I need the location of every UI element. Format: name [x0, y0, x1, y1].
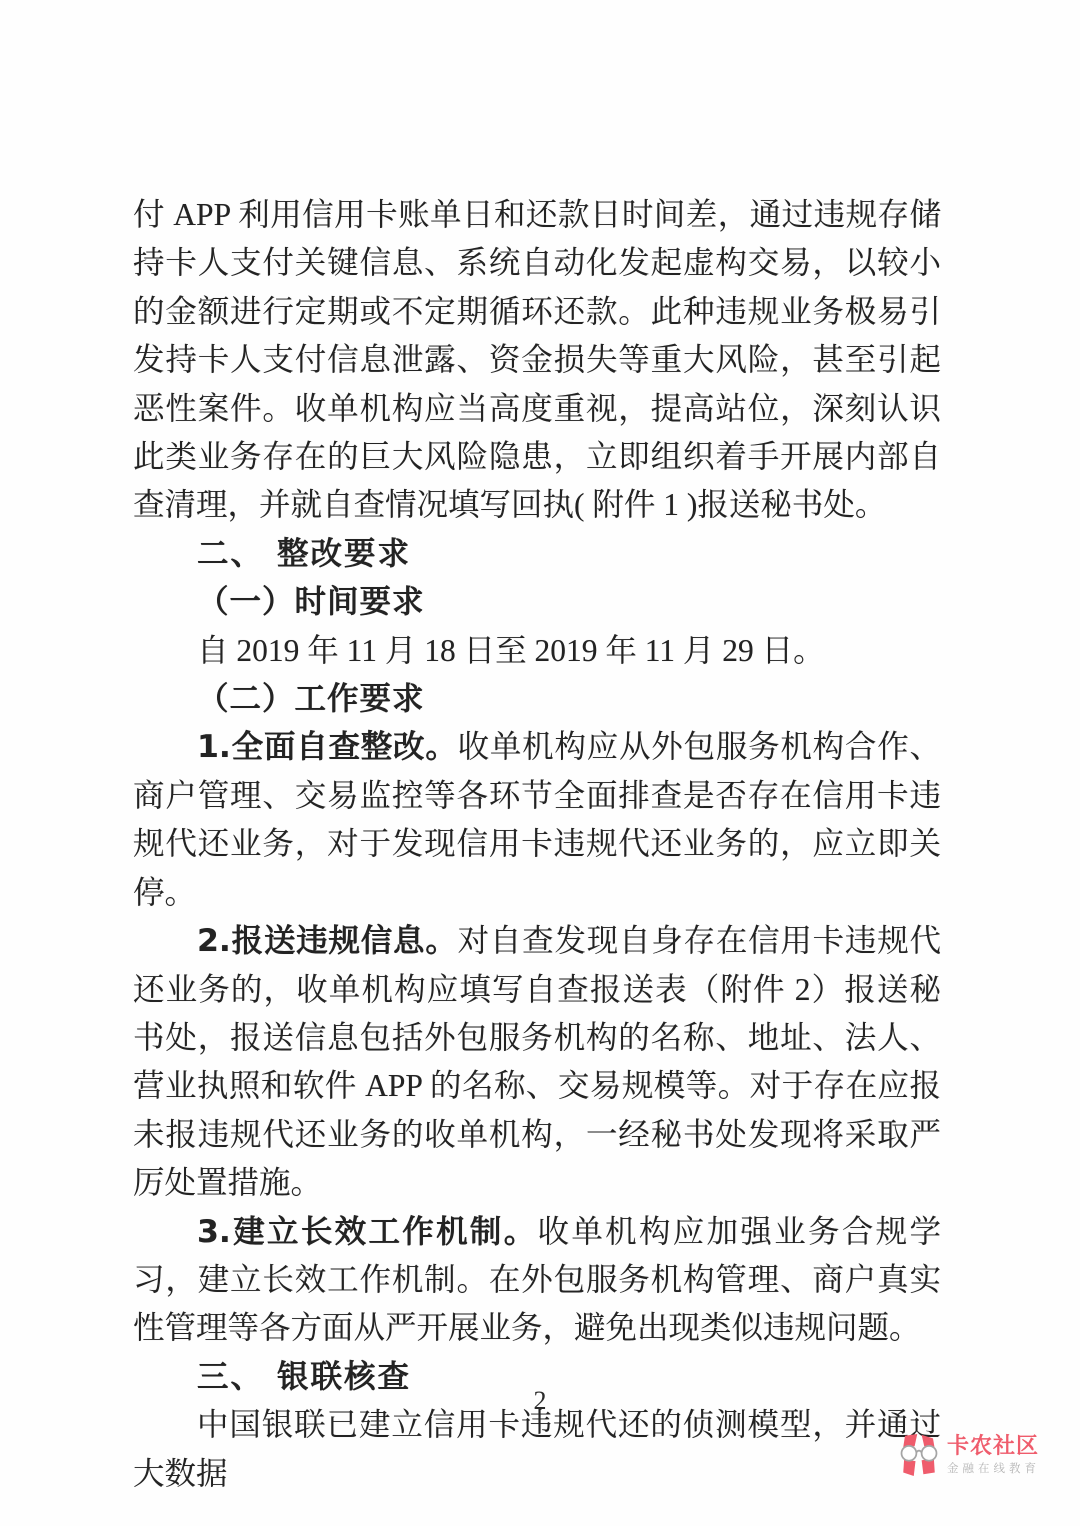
document-page: 付 APP 利用信用卡账单日和还款日时间差，通过违规存储持卡人支付关键信息、系统…: [0, 0, 1080, 1526]
watermark: 卡农社区 金融在线教育: [898, 1432, 1040, 1478]
paragraph-item-1: 1.全面自查整改。收单机构应从外包服务机构合作、商户管理、交易监控等各环节全面排…: [133, 723, 941, 917]
subsection-heading-work-requirement: （二）工作要求: [133, 675, 941, 723]
document-body: 付 APP 利用信用卡账单日和还款日时间差，通过违规存储持卡人支付关键信息、系统…: [133, 191, 941, 1498]
paragraph-item-2: 2.报送违规信息。对自查发现自身存在信用卡违规代还业务的，收单机构应填写自查报送…: [133, 917, 941, 1207]
item-2-lead: 2.报送违规信息。: [197, 923, 458, 959]
logo-glasses: [902, 1446, 937, 1461]
paragraph-intro-continuation: 付 APP 利用信用卡账单日和还款日时间差，通过违规存储持卡人支付关键信息、系统…: [133, 191, 941, 530]
page-number: 2: [0, 1386, 1080, 1416]
item-1-lead: 1.全面自查整改。: [197, 729, 458, 765]
subsection-heading-time-requirement: （一）时间要求: [133, 578, 941, 626]
paragraph-item-3: 3.建立长效工作机制。收单机构应加强业务合规学习，建立长效工作机制。在外包服务机…: [133, 1208, 941, 1353]
item-2-text: 对自查发现自身存在信用卡违规代还业务的，收单机构应填写自查报送表（附件 2）报送…: [133, 923, 941, 1200]
paragraph-time-range: 自 2019 年 11 月 18 日至 2019 年 11 月 29 日。: [133, 627, 941, 675]
item-3-lead: 3.建立长效工作机制。: [197, 1214, 538, 1250]
watermark-title: 卡农社区: [947, 1435, 1040, 1459]
watermark-subtitle: 金融在线教育: [947, 1461, 1040, 1476]
kanong-logo-icon: [898, 1432, 940, 1478]
section-heading-rectification: 二、 整改要求: [133, 530, 941, 578]
